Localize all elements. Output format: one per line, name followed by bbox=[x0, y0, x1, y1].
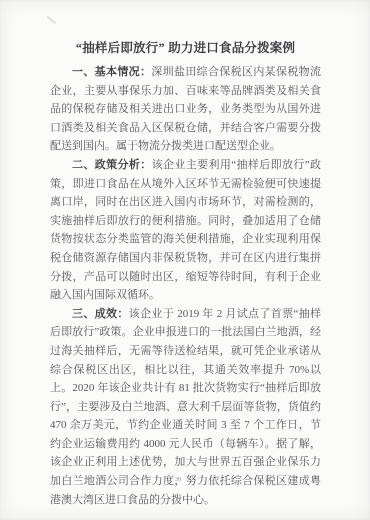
document-title: “抽样后即放行” 助力进口食品分拨案例 bbox=[50, 40, 321, 56]
paragraph-lead-basic-situation: 一、基本情况： bbox=[72, 66, 151, 78]
paragraph-text-basic-situation: 深圳盐田综合保税区内某保税物流企业，主要从事保乐力加、百味来等品牌酒类及相关食品… bbox=[50, 66, 321, 152]
paragraph-lead-policy-analysis: 二、政策分析： bbox=[72, 159, 152, 171]
paragraph-text-policy-analysis: 该企业主要利用“抽样后即放行”政策，即进口食品在从境外入区环节无需检验便可快速提… bbox=[50, 159, 321, 301]
document-body: “抽样后即放行” 助力进口食品分拨案例 一、基本情况：深圳盐田综合保税区内某保税… bbox=[50, 40, 321, 509]
scan-smudge-artifact bbox=[47, 16, 57, 24]
paragraph-lead-results: 三、成效： bbox=[72, 308, 129, 320]
page-number: 39 bbox=[0, 477, 356, 484]
paragraph-basic-situation: 一、基本情况：深圳盐田综合保税区内某保税物流企业，主要从事保乐力加、百味来等品牌… bbox=[50, 63, 321, 156]
document-page: “抽样后即放行” 助力进口食品分拨案例 一、基本情况：深圳盐田综合保税区内某保税… bbox=[0, 0, 370, 520]
paragraph-text-results: 该企业于 2019 年 2 月试点了首票“抽样后即放行”政策。企业申报进口的一批… bbox=[50, 308, 321, 506]
paragraph-policy-analysis: 二、政策分析：该企业主要利用“抽样后即放行”政策，即进口食品在从境外入区环节无需… bbox=[50, 156, 321, 305]
